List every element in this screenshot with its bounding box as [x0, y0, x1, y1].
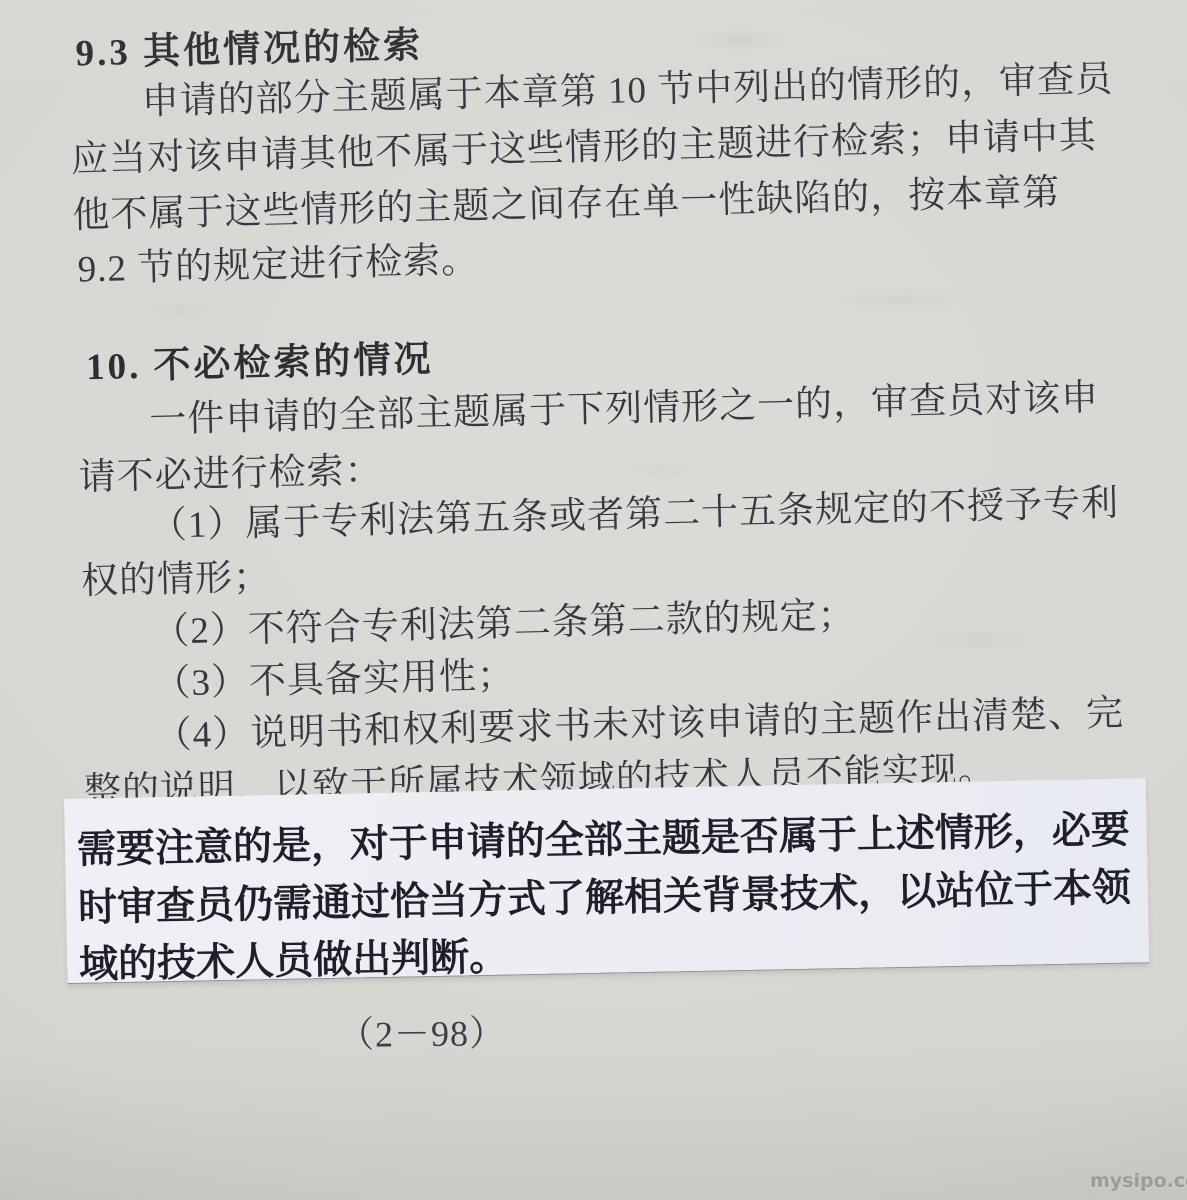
page-number: （2－98）: [338, 1005, 507, 1058]
paragraph-line: 9.2 节的规定进行检索。: [77, 229, 480, 292]
list-item-line: 权的情形；: [80, 546, 271, 604]
photographed-book-page: 9.3 其他情况的检索 申请的部分主题属于本章第 10 节中列出的情形的，审查员…: [0, 0, 1187, 1200]
note-line: 域的技术人员做出判断。: [79, 926, 509, 990]
pasted-note-strip: 需要注意的是，对于申请的全部主题是否属于上述情形，必要 时审查员仍需通过恰当方式…: [64, 778, 1149, 983]
section-10-heading: 10. 不必检索的情况: [85, 328, 434, 390]
watermark: mysipo.com: [1090, 1170, 1187, 1192]
